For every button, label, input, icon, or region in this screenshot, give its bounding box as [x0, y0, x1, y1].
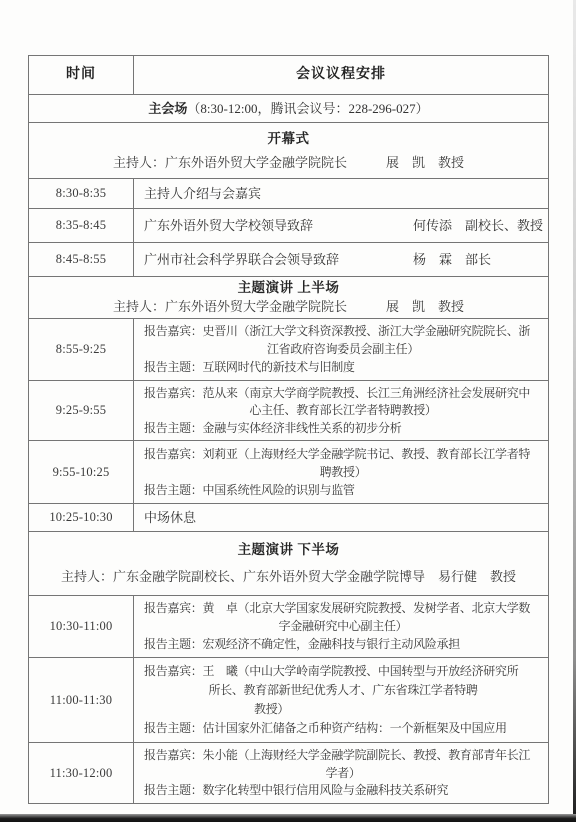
agenda-table: 时间 会议议程安排 主会场（8:30-12:00，腾讯会议号：228-296-0…	[28, 55, 549, 804]
time-cell: 8:30-8:35	[29, 179, 134, 208]
event-cell: 广州市社会科学界联合会领导致辞 杨 霖 部长	[134, 243, 548, 276]
topic-line: 报告主题：中国系统性风险的识别与监管	[144, 483, 542, 497]
talk-cell: 报告嘉宾：史晋川（浙江大学文科资深教授、浙江大学金融研究院院长、浙 江省政府咨询…	[134, 319, 548, 380]
agenda-row: 8:45-8:55 广州市社会科学界联合会领导致辞 杨 霖 部长	[29, 242, 548, 276]
time-cell: 8:45-8:55	[29, 243, 134, 276]
guest-line: 报告嘉宾：史晋川（浙江大学文科资深教授、浙江大学金融研究院院长、浙	[144, 324, 542, 338]
topic-line: 报告主题：宏观经济不确定性，金融科技与银行主动风险承担	[144, 637, 542, 651]
venue-detail: （8:30-12:00，腾讯会议号：228-296-027）	[187, 101, 428, 117]
guest-line-wrap: 心主任、教育部长江学者特聘教授）	[144, 403, 542, 417]
guest-line-wrap: 学者）	[144, 766, 542, 780]
time-cell: 8:35-8:45	[29, 209, 134, 242]
talk-cell: 报告嘉宾：黄 卓（北京大学国家发展研究院教授、发树学者、北京大学数 字金融研究中…	[134, 596, 548, 657]
time-cell: 10:30-11:00	[29, 596, 134, 657]
guest-line-wrap: 字金融研究中心副主任）	[144, 619, 542, 633]
speaker-name: 何传添 副校长、教授	[413, 218, 543, 234]
topic-line: 报告主题：金融与实体经济非线性关系的初步分析	[144, 421, 542, 435]
section-row-opening-ceremony: 开幕式 主持人：广东外语外贸大学金融学院院长 展 凯 教授	[29, 122, 548, 178]
agenda-column-header: 会议议程安排	[134, 56, 548, 94]
venue-label: 主会场	[148, 101, 187, 117]
event-cell: 广东外语外贸大学校领导致辞 何传添 副校长、教授	[134, 209, 548, 242]
event-text: 中场休息	[134, 510, 196, 526]
topic-line: 报告主题：互联网时代的新技术与旧制度	[144, 360, 542, 374]
scan-edge-bottom	[0, 814, 576, 822]
section-title: 主题演讲 下半场	[238, 542, 340, 558]
guest-line-wrap: 江省政府咨询委员会副主任）	[144, 342, 542, 356]
talk-cell: 报告嘉宾：朱小能（上海财经大学金融学院副院长、教授、教育部青年长江 学者） 报告…	[134, 743, 548, 803]
event-text: 主持人介绍与会嘉宾	[134, 186, 261, 202]
break-row: 10:25-10:30 中场休息	[29, 503, 548, 531]
guest-line: 报告嘉宾：朱小能（上海财经大学金融学院副院长、教授、教育部青年长江	[144, 748, 542, 762]
time-cell: 9:55-10:25	[29, 441, 134, 503]
agenda-row: 11:30-12:00 报告嘉宾：朱小能（上海财经大学金融学院副院长、教授、教育…	[29, 742, 548, 803]
header-row: 时间 会议议程安排	[29, 56, 548, 94]
agenda-row: 10:30-11:00 报告嘉宾：黄 卓（北京大学国家发展研究院教授、发树学者、…	[29, 595, 548, 657]
section-row-keynote-second-half: 主题演讲 下半场 主持人：广东金融学院副校长、广东外语外贸大学金融学院博导 易行…	[29, 531, 548, 595]
event-cell: 主持人介绍与会嘉宾	[134, 179, 548, 208]
speaker-name: 杨 霖 部长	[413, 252, 491, 268]
section-title: 主题演讲 上半场	[238, 280, 340, 296]
section-row-keynote-first-half: 主题演讲 上半场 主持人：广东外语外贸大学金融学院院长 展 凯 教授	[29, 276, 548, 318]
agenda-row: 9:25-9:55 报告嘉宾：范从来（南京大学商学院教授、长江三角洲经济社会发展…	[29, 380, 548, 440]
guest-line-wrap: 教授）	[144, 702, 542, 716]
talk-cell: 报告嘉宾：王 曦（中山大学岭南学院教授、中国转型与开放经济研究所 所长、教育部新…	[134, 658, 548, 742]
agenda-row: 8:35-8:45 广东外语外贸大学校领导致辞 何传添 副校长、教授	[29, 208, 548, 242]
host-line: 主持人：广东金融学院副校长、广东外语外贸大学金融学院博导 易行健 教授	[61, 569, 516, 585]
topic-line: 报告主题：数字化转型中银行信用风险与金融科技关系研究	[144, 783, 542, 797]
section-title: 开幕式	[268, 131, 310, 147]
time-cell: 11:00-11:30	[29, 658, 134, 742]
guest-line: 报告嘉宾：王 曦（中山大学岭南学院教授、中国转型与开放经济研究所	[144, 664, 542, 678]
host-line: 主持人：广东外语外贸大学金融学院院长 展 凯 教授	[113, 299, 464, 315]
time-column-header: 时间	[29, 56, 134, 94]
time-cell: 11:30-12:00	[29, 743, 134, 803]
time-cell: 10:25-10:30	[29, 504, 134, 531]
event-text: 广州市社会科学界联合会领导致辞	[134, 252, 339, 268]
guest-line-wrap: 聘教授）	[144, 465, 542, 479]
venue-row: 主会场（8:30-12:00，腾讯会议号：228-296-027）	[29, 94, 548, 122]
agenda-row: 11:00-11:30 报告嘉宾：王 曦（中山大学岭南学院教授、中国转型与开放经…	[29, 657, 548, 742]
scanned-agenda-page: 时间 会议议程安排 主会场（8:30-12:00，腾讯会议号：228-296-0…	[0, 0, 576, 822]
talk-cell: 报告嘉宾：刘莉亚（上海财经大学金融学院书记、教授、教育部长江学者特 聘教授） 报…	[134, 441, 548, 503]
topic-line: 报告主题：估计国家外汇储备之币种资产结构：一个新框架及中国应用	[144, 721, 542, 735]
talk-cell: 报告嘉宾：范从来（南京大学商学院教授、长江三角洲经济社会发展研究中 心主任、教育…	[134, 381, 548, 440]
agenda-row: 9:55-10:25 报告嘉宾：刘莉亚（上海财经大学金融学院书记、教授、教育部长…	[29, 440, 548, 503]
event-cell: 中场休息	[134, 504, 548, 531]
event-text: 广东外语外贸大学校领导致辞	[134, 218, 313, 234]
agenda-row: 8:30-8:35 主持人介绍与会嘉宾	[29, 178, 548, 208]
time-cell: 8:55-9:25	[29, 319, 134, 380]
agenda-row: 8:55-9:25 报告嘉宾：史晋川（浙江大学文科资深教授、浙江大学金融研究院院…	[29, 318, 548, 380]
guest-line-wrap: 所长、教育部新世纪优秀人才、广东省珠江学者特聘	[144, 683, 542, 697]
guest-line: 报告嘉宾：范从来（南京大学商学院教授、长江三角洲经济社会发展研究中	[144, 386, 542, 400]
guest-line: 报告嘉宾：刘莉亚（上海财经大学金融学院书记、教授、教育部长江学者特	[144, 447, 542, 461]
time-cell: 9:25-9:55	[29, 381, 134, 440]
host-line: 主持人：广东外语外贸大学金融学院院长 展 凯 教授	[113, 155, 464, 171]
guest-line: 报告嘉宾：黄 卓（北京大学国家发展研究院教授、发树学者、北京大学数	[144, 601, 542, 615]
